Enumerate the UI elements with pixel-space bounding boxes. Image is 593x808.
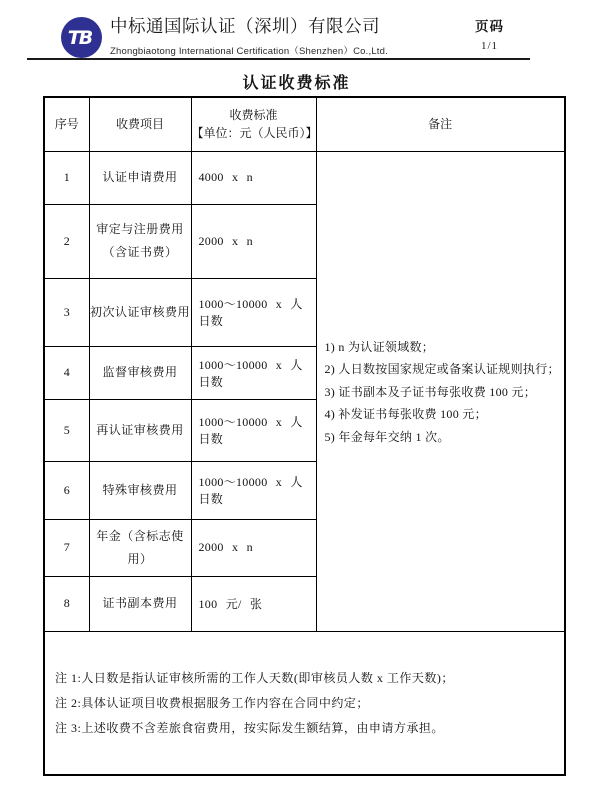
company-block: 中标通国际认证（深圳）有限公司 Zhongbiaotong Internatio… xyxy=(110,13,388,57)
row-fee-cell: 1000～10000 x 人日数 xyxy=(191,278,316,346)
remark-item: 5) 年金每年交纳 1 次。 xyxy=(325,428,560,445)
logo-tb-monogram: TB xyxy=(68,27,95,49)
row-item-cell: 初次认证审核费用 xyxy=(89,278,191,346)
row-item-cell: 特殊审核费用 xyxy=(89,461,191,519)
header-divider xyxy=(27,58,530,60)
notes-row: 注 1:人日数是指认证审核所需的工作人天数(即审核员人数 x 工作天数)； 注 … xyxy=(44,631,565,775)
company-name-zh: 中标通国际认证（深圳）有限公司 xyxy=(110,13,388,38)
page-number-label: 页码 xyxy=(447,15,532,35)
note-item: 注 1:人日数是指认证审核所需的工作人天数(即审核员人数 x 工作天数)； xyxy=(55,669,564,686)
col-header-standard-line2: 【单位：元（人民币）】 xyxy=(192,124,316,143)
row-no-cell: 2 xyxy=(44,204,89,278)
col-header-remarks: 备注 xyxy=(316,97,565,151)
row-item-line1: 审定与注册费用 xyxy=(90,218,191,241)
row-item-cell: 证书副本费用 xyxy=(89,576,191,631)
row-no-cell: 6 xyxy=(44,461,89,519)
row-no-cell: 5 xyxy=(44,399,89,461)
notes-cell: 注 1:人日数是指认证审核所需的工作人天数(即审核员人数 x 工作天数)； 注 … xyxy=(44,631,565,775)
row-fee-cell: 4000 x n xyxy=(191,151,316,204)
row-no-cell: 4 xyxy=(44,346,89,399)
row-fee-cell: 2000 x n xyxy=(191,204,316,278)
row-fee-cell: 1000～10000 x 人日数 xyxy=(191,399,316,461)
row-fee-cell: 1000～10000 x 人日数 xyxy=(191,461,316,519)
row-item-cell: 年金（含标志使用） xyxy=(89,519,191,576)
remarks-merged-cell: 1) n 为认证领域数； 2) 人日数按国家规定或备案认证规则执行； 3) 证书… xyxy=(316,151,565,631)
row-item-cell: 审定与注册费用 （含证书费） xyxy=(89,204,191,278)
row-item-line2: （含证书费） xyxy=(90,241,191,264)
row-no-cell: 1 xyxy=(44,151,89,204)
col-header-standard-line1: 收费标准 xyxy=(192,106,316,125)
col-header-item: 收费项目 xyxy=(89,97,191,151)
row-no-cell: 8 xyxy=(44,576,89,631)
page-title: 认证收费标准 xyxy=(0,70,593,93)
table-row: 1 认证申请费用 4000 x n 1) n 为认证领域数； 2) 人日数按国家… xyxy=(44,151,565,204)
remark-item: 4) 补发证书每张收费 100 元； xyxy=(325,405,560,422)
remark-item: 3) 证书副本及子证书每张收费 100 元； xyxy=(325,383,560,400)
row-fee-cell: 100 元/ 张 xyxy=(191,576,316,631)
document-page: TB 中标通国际认证（深圳）有限公司 Zhongbiaotong Interna… xyxy=(0,0,593,808)
row-fee-cell: 1000～10000 x 人日数 xyxy=(191,346,316,399)
row-no-cell: 7 xyxy=(44,519,89,576)
col-header-standard: 收费标准 【单位：元（人民币）】 xyxy=(191,97,316,151)
row-no-cell: 3 xyxy=(44,278,89,346)
row-item-cell: 再认证审核费用 xyxy=(89,399,191,461)
note-item: 注 3:上述收费不含差旅食宿费用，按实际发生额结算，由申请方承担。 xyxy=(55,719,564,736)
col-header-no: 序号 xyxy=(44,97,89,151)
row-item-cell: 监督审核费用 xyxy=(89,346,191,399)
row-item-cell: 认证申请费用 xyxy=(89,151,191,204)
company-logo-icon: TB xyxy=(61,17,102,58)
remark-item: 2) 人日数按国家规定或备案认证规则执行； xyxy=(325,360,560,377)
page-number-block: 页码 1/1 xyxy=(447,15,532,52)
fee-table: 序号 收费项目 收费标准 【单位：元（人民币）】 备注 1 认证申请费用 400… xyxy=(43,96,566,776)
note-item: 注 2:具体认证项目收费根据服务工作内容在合同中约定； xyxy=(55,694,564,711)
page-number-value: 1/1 xyxy=(447,40,532,52)
table-header-row: 序号 收费项目 收费标准 【单位：元（人民币）】 备注 xyxy=(44,97,565,151)
company-name-en: Zhongbiaotong International Certificatio… xyxy=(110,43,388,57)
row-fee-cell: 2000 x n xyxy=(191,519,316,576)
remark-item: 1) n 为认证领域数； xyxy=(325,338,560,355)
